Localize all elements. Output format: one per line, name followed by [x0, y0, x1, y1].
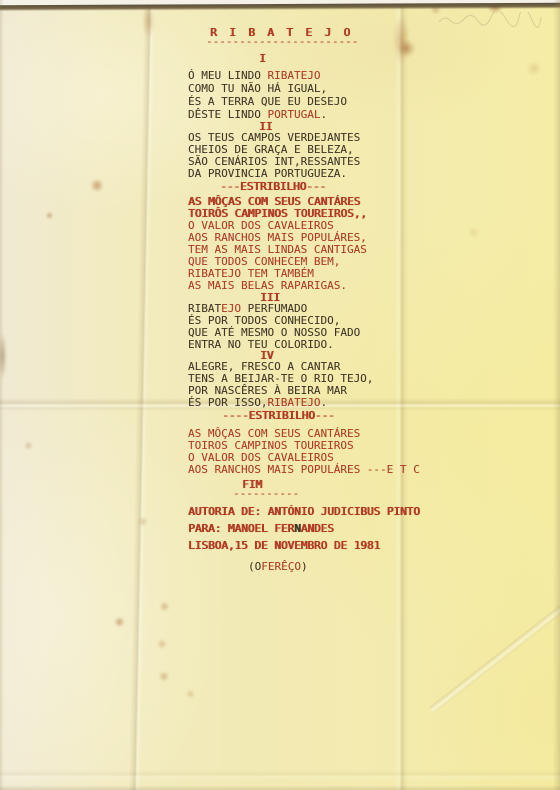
text-segment: AOS RANCHOS MAIS POPULÁRES ---E T C [188, 463, 420, 476]
text-segment: . [320, 396, 327, 409]
refrain-line: AOS RANCHOS MAIS POPULÁRES ---E T C [188, 464, 420, 476]
verse-line: ÉS A TERRA QUE EU DESEJO [188, 96, 347, 108]
text-segment: ---ESTRIBILHO--- [220, 180, 326, 193]
text-segment: ----------------------- [206, 35, 358, 48]
text-segment: Ó MEU LINDO [188, 69, 267, 82]
text-segment: ANDES [301, 522, 334, 535]
paper-left-edge [0, 0, 4, 790]
text-segment: ÉS POR ISSO, [188, 396, 267, 409]
text-segment: DÊSTE LINDO [188, 108, 267, 121]
text-segment: COMO TU NÃO HÁ IGUAL, [188, 82, 327, 95]
refrain-heading: ----ESTRIBILHO--- [222, 410, 335, 422]
text-segment: DA PROVINCIA PORTUGUEZA. [188, 167, 347, 180]
text-segment: ÉS A TERRA QUE EU DESEJO [188, 95, 347, 108]
text-segment: ( [248, 560, 255, 573]
paper-bottom-edge [0, 785, 560, 790]
authorship-line: AUTORIA DE: ANTÓNIO JUDICIBUS PINTO [188, 506, 420, 518]
paper-sheet: R I B A T E J O-----------------------IÓ… [0, 0, 560, 790]
paper-right-edge [553, 0, 560, 790]
text-segment: ----ESTRIBILHO--- [222, 409, 335, 422]
verse-line: ÉS POR ISSO,RIBATEJO. [188, 397, 327, 409]
offering-line: (OFERÊÇO) [248, 561, 308, 573]
text-segment: LISBOA,15 DE NOVEMBRO DE 1981 [188, 539, 380, 552]
text-segment: AUTORIA DE: ANTÓNIO JUDICIBUS PINTO [188, 505, 420, 518]
text-segment: N [294, 522, 301, 535]
poem-text-layer: R I B A T E J O-----------------------IÓ… [0, 0, 560, 790]
text-segment: ) [301, 560, 308, 573]
text-segment: PORTUGAL [267, 108, 320, 121]
verse-line: Ó MEU LINDO RIBATEJO [188, 70, 320, 82]
scanned-letter: R I B A T E J O-----------------------IÓ… [0, 0, 560, 790]
text-segment: PARA: MANOEL FER [188, 522, 294, 535]
verse-line: DA PROVINCIA PORTUGUEZA. [188, 168, 347, 180]
text-segment: . [320, 108, 327, 121]
text-segment: ---------- [233, 487, 299, 500]
dedication-line: PARA: MANOEL FERNANDES [188, 523, 334, 535]
text-segment: RIBATEJO [267, 396, 320, 409]
text-segment: RIBATEJO [267, 69, 320, 82]
text-segment: I [259, 52, 266, 65]
date-line: LISBOA,15 DE NOVEMBRO DE 1981 [188, 540, 380, 552]
title-underline: ----------------------- [206, 36, 358, 48]
divider-dashes: ---------- [233, 488, 299, 500]
stanza-number: I [259, 53, 266, 65]
text-segment: FERÊÇO [261, 560, 301, 573]
refrain-heading: ---ESTRIBILHO--- [220, 181, 326, 193]
verse-line: DÊSTE LINDO PORTUGAL. [188, 109, 327, 121]
verse-line: COMO TU NÃO HÁ IGUAL, [188, 83, 327, 95]
